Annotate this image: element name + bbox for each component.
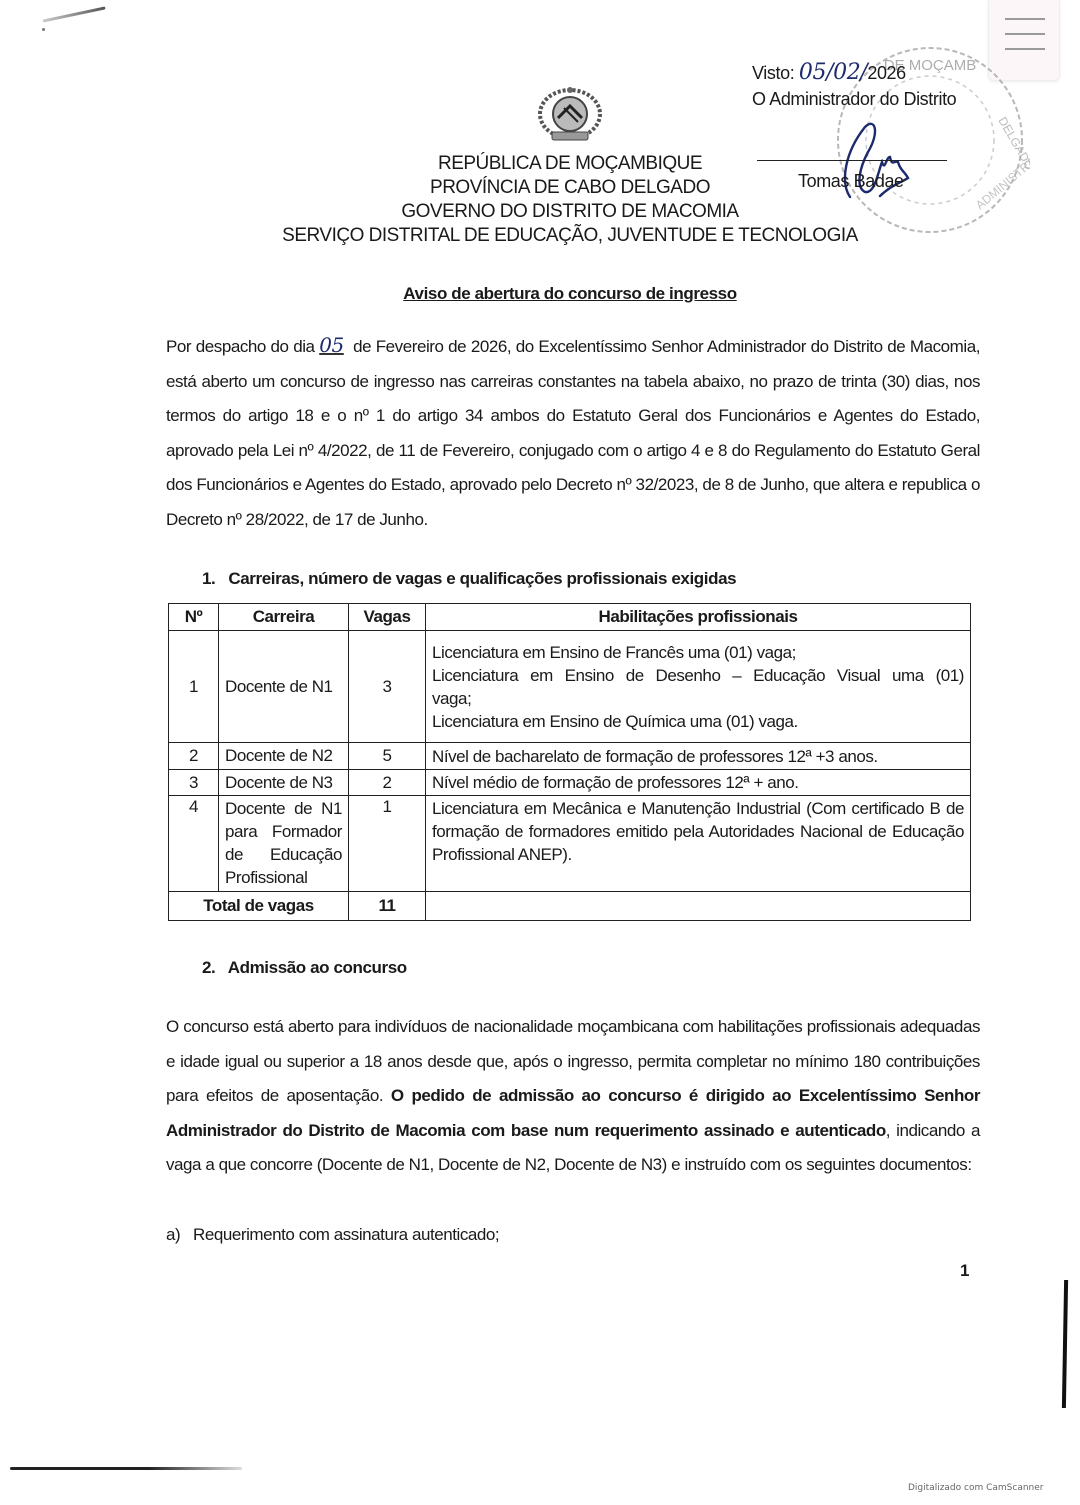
qualification-line: Licenciatura em Ensino de Desenho – Educ… xyxy=(432,664,964,687)
scan-bottom-line xyxy=(10,1467,242,1470)
col-header-no: Nº xyxy=(169,604,219,631)
cell-no: 1 xyxy=(169,631,219,743)
approval-block: Visto: 05/02/2026 O Administrador do Dis… xyxy=(752,60,956,112)
col-header-habilitacoes: Habilitações profissionais xyxy=(426,604,971,631)
total-value: 11 xyxy=(349,892,426,921)
vacancies-table: Nº Carreira Vagas Habilitações profissio… xyxy=(168,603,971,921)
cell-habilitacoes: Licenciatura em Ensino de Francês uma (0… xyxy=(426,631,971,743)
section-1-title: Carreiras, número de vagas e qualificaçõ… xyxy=(228,569,736,588)
intro-text-start: Por despacho do dia xyxy=(166,337,315,356)
header-line-republic: REPÚBLICA DE MOÇAMBIQUE xyxy=(200,152,940,176)
cell-habilitacoes: Licenciatura em Mecânica e Manutenção In… xyxy=(426,796,971,892)
cell-vagas: 1 xyxy=(349,796,426,892)
cell-vagas: 5 xyxy=(349,743,426,770)
list-marker: a) xyxy=(166,1225,180,1244)
scan-edge-mark xyxy=(1062,1280,1068,1408)
approver-role: O Administrador do Distrito xyxy=(752,86,956,112)
table-total-row: Total de vagas 11 xyxy=(169,892,971,921)
camscanner-watermark: Digitalizado com CamScanner xyxy=(908,1483,1043,1493)
table-header-row: Nº Carreira Vagas Habilitações profissio… xyxy=(169,604,971,631)
header-line-province: PROVÍNCIA DE CABO DELGADO xyxy=(200,176,940,200)
section-1-number: 1. xyxy=(202,569,215,588)
government-header: REPÚBLICA DE MOÇAMBIQUE PROVÍNCIA DE CAB… xyxy=(200,152,940,248)
total-label: Total de vagas xyxy=(169,892,349,921)
document-title: Aviso de abertura do concurso de ingress… xyxy=(0,284,1080,304)
cell-carreira: Docente de N2 xyxy=(219,743,349,770)
list-item-text: Requerimento com assinatura autenticado; xyxy=(193,1225,499,1244)
cell-habilitacoes: Nível de bacharelato de formação de prof… xyxy=(426,743,971,770)
total-empty-cell xyxy=(426,892,971,921)
admission-paragraph: O concurso está aberto para indivíduos d… xyxy=(166,1010,980,1183)
document-list: a) Requerimento com assinatura autentica… xyxy=(166,1218,980,1253)
qualification-line: vaga; xyxy=(432,687,964,710)
intro-paragraph: Por despacho do dia 05 de Fevereiro de 2… xyxy=(166,328,980,538)
list-item: a) Requerimento com assinatura autentica… xyxy=(166,1218,980,1253)
cell-no: 2 xyxy=(169,743,219,770)
visto-year: 2026 xyxy=(867,63,905,83)
cell-carreira: Docente de N3 xyxy=(219,770,349,796)
section-2-heading: 2. Admissão ao concurso xyxy=(202,958,407,978)
visto-handwritten-date: 05/02/ xyxy=(799,60,867,85)
page-number: 1 xyxy=(960,1261,969,1281)
table-row: 2 Docente de N2 5 Nível de bacharelato d… xyxy=(169,743,971,770)
cell-vagas: 3 xyxy=(349,631,426,743)
scan-smudge xyxy=(42,6,105,22)
header-line-government: GOVERNO DO DISTRITO DE MACOMIA xyxy=(200,200,940,224)
hamburger-menu-icon xyxy=(1005,18,1045,20)
cell-habilitacoes: Nível médio de formação de professores 1… xyxy=(426,770,971,796)
scan-speck xyxy=(42,28,45,31)
cell-carreira: Docente de N1 xyxy=(219,631,349,743)
cell-carreira: Docente de N1 para Formador de Educação … xyxy=(219,796,349,892)
col-header-carreira: Carreira xyxy=(219,604,349,631)
cell-no: 4 xyxy=(169,796,219,892)
col-header-vagas: Vagas xyxy=(349,604,426,631)
table-row: 1 Docente de N1 3 Licenciatura em Ensino… xyxy=(169,631,971,743)
section-1-heading: 1. Carreiras, número de vagas e qualific… xyxy=(202,569,736,589)
mozambique-coat-of-arms-icon xyxy=(528,84,612,150)
qualification-line: Licenciatura em Ensino de Química uma (0… xyxy=(432,710,964,733)
hamburger-menu-icon-line xyxy=(1005,33,1045,35)
intro-text-rest: de Fevereiro de 2026, do Excelentíssimo … xyxy=(166,337,980,529)
header-line-service: SERVIÇO DISTRITAL DE EDUCAÇÃO, JUVENTUDE… xyxy=(200,224,940,248)
qualification-line: Licenciatura em Ensino de Francês uma (0… xyxy=(432,641,964,664)
cell-vagas: 2 xyxy=(349,770,426,796)
cell-no: 3 xyxy=(169,770,219,796)
visto-label: Visto: xyxy=(752,63,794,83)
section-2-title: Admissão ao concurso xyxy=(228,958,407,977)
table-row: 3 Docente de N3 2 Nível médio de formaçã… xyxy=(169,770,971,796)
section-2-number: 2. xyxy=(202,958,215,977)
table-row: 4 Docente de N1 para Formador de Educaçã… xyxy=(169,796,971,892)
handwritten-day: 05 xyxy=(319,333,344,357)
